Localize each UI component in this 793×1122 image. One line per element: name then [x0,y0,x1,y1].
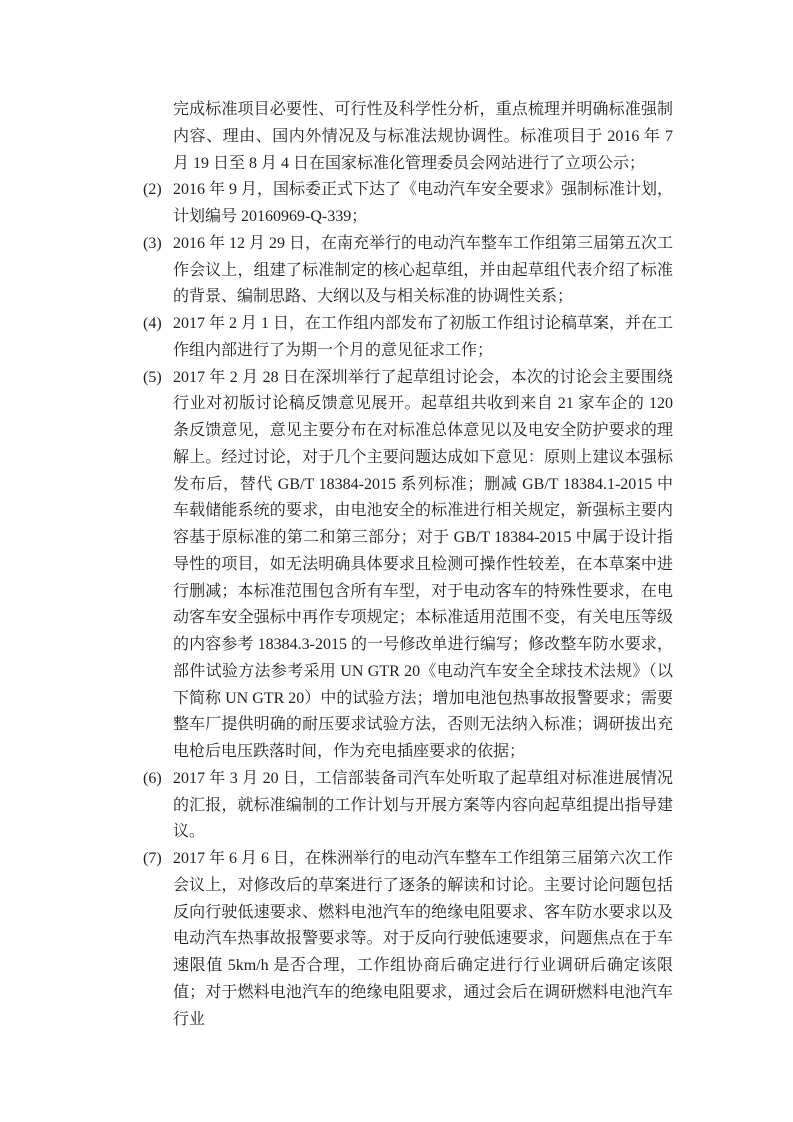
list-item-text: 2017 年 6 月 6 日，在株洲举行的电动汽车整车工作组第三届第六次工作会议… [173,846,673,1033]
list-item-marker: (7) [143,846,173,1033]
list-item-marker: (5) [143,365,173,766]
list-item-7: (7) 2017 年 6 月 6 日，在株洲举行的电动汽车整车工作组第三届第六次… [143,846,673,1033]
list-item-text: 2017 年 2 月 1 日，在工作组内部发布了初版工作组讨论稿草案，并在工作组… [173,311,673,365]
list-item-4: (4) 2017 年 2 月 1 日，在工作组内部发布了初版工作组讨论稿草案，并… [143,311,673,365]
page-text-block: 完成标准项目必要性、可行性及科学性分析，重点梳理并明确标准强制内容、理由、国内外… [143,97,673,1033]
list-item-marker: (6) [143,766,173,846]
list-item-marker: (4) [143,311,173,365]
list-item-3: (3) 2016 年 12 月 29 日，在南充举行的电动汽车整车工作组第三届第… [143,231,673,311]
list-item-text: 2016 年 12 月 29 日，在南充举行的电动汽车整车工作组第三届第五次工作… [173,231,673,311]
list-item-text: 2017 年 2 月 28 日在深圳举行了起草组讨论会，本次的讨论会主要围绕行业… [173,365,673,766]
list-item-text: 2017 年 3 月 20 日，工信部装备司汽车处听取了起草组对标准进展情况的汇… [173,766,673,846]
list-item-text: 2016 年 9 月，国标委正式下达了《电动汽车安全要求》强制标准计划，计划编号… [173,177,673,231]
list-item-5: (5) 2017 年 2 月 28 日在深圳举行了起草组讨论会，本次的讨论会主要… [143,365,673,766]
list-item-marker: (2) [143,177,173,231]
paragraph-continuation: 完成标准项目必要性、可行性及科学性分析，重点梳理并明确标准强制内容、理由、国内外… [173,97,673,177]
list-item-6: (6) 2017 年 3 月 20 日，工信部装备司汽车处听取了起草组对标准进展… [143,766,673,846]
document-page: 完成标准项目必要性、可行性及科学性分析，重点梳理并明确标准强制内容、理由、国内外… [0,0,793,1122]
list-item-marker: (3) [143,231,173,311]
list-item-2: (2) 2016 年 9 月，国标委正式下达了《电动汽车安全要求》强制标准计划，… [143,177,673,231]
